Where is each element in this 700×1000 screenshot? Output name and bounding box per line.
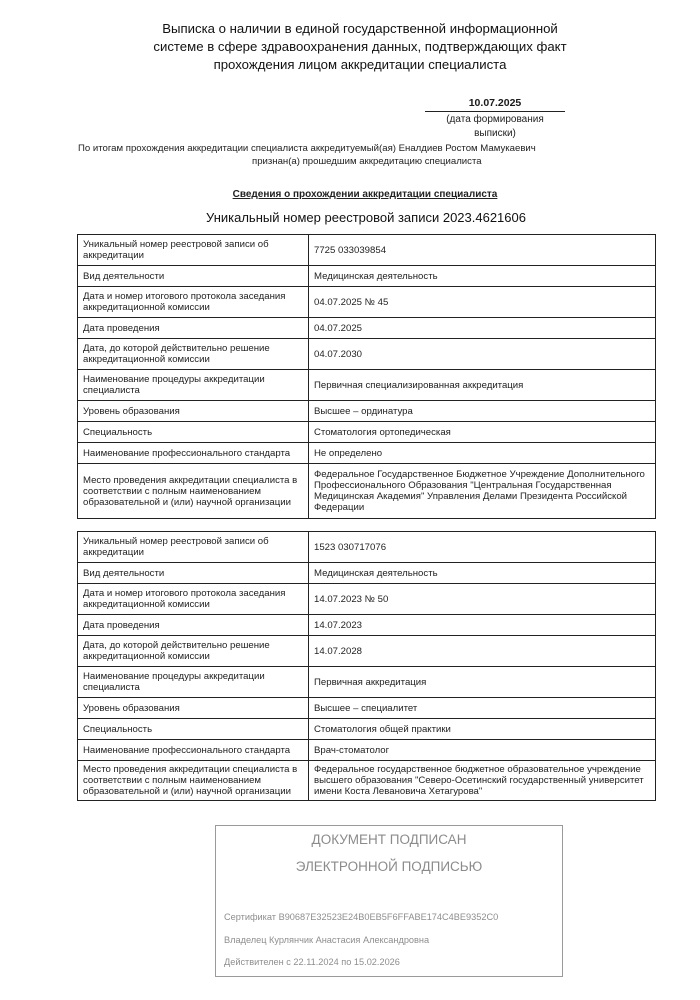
field-label: Дата и номер итогового протокола заседан… [78, 584, 309, 615]
field-value: 14.07.2023 [309, 615, 656, 636]
table-row: Уникальный номер реестровой записи об ак… [78, 532, 656, 563]
table-row: Дата проведения14.07.2023 [78, 615, 656, 636]
field-label: Уровень образования [78, 698, 309, 719]
formation-date: 10.07.2025 [425, 97, 565, 112]
field-value: Федеральное Государственное Бюджетное Уч… [309, 464, 656, 519]
table-row: Вид деятельностиМедицинская деятельность [78, 266, 656, 287]
field-label: Дата и номер итогового протокола заседан… [78, 287, 309, 318]
field-label: Дата проведения [78, 615, 309, 636]
document-title: Выписка о наличии в единой государственн… [150, 20, 570, 74]
field-label: Вид деятельности [78, 563, 309, 584]
field-value: Первичная аккредитация [309, 667, 656, 698]
formation-date-block: 10.07.2025 (дата формирования выписки) [425, 97, 565, 141]
field-label: Наименование профессионального стандарта [78, 740, 309, 761]
table-row: Наименование профессионального стандарта… [78, 740, 656, 761]
table-row: Вид деятельностиМедицинская деятельность [78, 563, 656, 584]
intro-line: По итогам прохождения аккредитации специ… [60, 142, 580, 155]
field-label: Вид деятельности [78, 266, 309, 287]
field-value: 1523 030717076 [309, 532, 656, 563]
table-row: Дата и номер итогового протокола заседан… [78, 584, 656, 615]
field-value: 14.07.2023 № 50 [309, 584, 656, 615]
table-row: Дата и номер итогового протокола заседан… [78, 287, 656, 318]
title-line: Выписка о наличии в единой государственн… [150, 20, 570, 38]
field-value: Стоматология ортопедическая [309, 422, 656, 443]
field-value: Федеральное государственное бюджетное об… [309, 761, 656, 801]
field-value: 7725 033039854 [309, 235, 656, 266]
field-value: Стоматология общей практики [309, 719, 656, 740]
table-row: СпециальностьСтоматология общей практики [78, 719, 656, 740]
field-value: Не определено [309, 443, 656, 464]
section-heading: Сведения о прохождении аккредитации спец… [0, 189, 700, 200]
signature-title: ДОКУМЕНТ ПОДПИСАН [216, 832, 562, 847]
field-value: Медицинская деятельность [309, 563, 656, 584]
field-label: Уникальный номер реестровой записи об ак… [78, 235, 309, 266]
field-value: Врач-стоматолог [309, 740, 656, 761]
field-value: 14.07.2028 [309, 636, 656, 667]
intro-line: признан(а) прошедшим аккредитацию специа… [60, 155, 580, 168]
intro-statement: По итогам прохождения аккредитации специ… [60, 142, 580, 168]
field-label: Специальность [78, 719, 309, 740]
field-value: Медицинская деятельность [309, 266, 656, 287]
signature-validity: Действителен с 22.11.2024 по 15.02.2026 [224, 957, 400, 967]
table-row: Уникальный номер реестровой записи об ак… [78, 235, 656, 266]
field-value: 04.07.2025 № 45 [309, 287, 656, 318]
table-row: Место проведения аккредитации специалист… [78, 761, 656, 801]
table-row: Дата, до которой действительно решение а… [78, 636, 656, 667]
field-label: Наименование профессионального стандарта [78, 443, 309, 464]
field-value: Высшее – специалитет [309, 698, 656, 719]
field-value: Первичная специализированная аккредитаци… [309, 370, 656, 401]
table-row: Уровень образованияВысшее – специалитет [78, 698, 656, 719]
electronic-signature-stamp: ДОКУМЕНТ ПОДПИСАН ЭЛЕКТРОННОЙ ПОДПИСЬЮ С… [215, 825, 563, 977]
accreditation-record-table: Уникальный номер реестровой записи об ак… [77, 234, 656, 519]
signature-owner: Владелец Курлянчик Анастасия Александров… [224, 935, 429, 945]
title-line: прохождения лицом аккредитации специалис… [150, 56, 570, 74]
table-row: Наименование процедуры аккредитации спец… [78, 667, 656, 698]
field-label: Дата, до которой действительно решение а… [78, 339, 309, 370]
field-label: Место проведения аккредитации специалист… [78, 464, 309, 519]
field-label: Уникальный номер реестровой записи об ак… [78, 532, 309, 563]
signature-subtitle: ЭЛЕКТРОННОЙ ПОДПИСЬЮ [216, 859, 562, 874]
field-label: Уровень образования [78, 401, 309, 422]
accreditation-record-table: Уникальный номер реестровой записи об ак… [77, 531, 656, 801]
signature-certificate: Сертификат B90687E32523E24B0EB5F6FFABE17… [224, 912, 498, 922]
field-label: Дата, до которой действительно решение а… [78, 636, 309, 667]
field-value: Высшее – ординатура [309, 401, 656, 422]
table-row: Наименование профессионального стандарта… [78, 443, 656, 464]
table-row: Место проведения аккредитации специалист… [78, 464, 656, 519]
title-line: системе в сфере здравоохранения данных, … [150, 38, 570, 56]
table-row: СпециальностьСтоматология ортопедическая [78, 422, 656, 443]
table-row: Дата, до которой действительно решение а… [78, 339, 656, 370]
table-row: Наименование процедуры аккредитации спец… [78, 370, 656, 401]
field-label: Наименование процедуры аккредитации спец… [78, 667, 309, 698]
field-value: 04.07.2030 [309, 339, 656, 370]
field-value: 04.07.2025 [309, 318, 656, 339]
field-label: Наименование процедуры аккредитации спец… [78, 370, 309, 401]
formation-date-caption: (дата формирования выписки) [425, 113, 565, 141]
table-row: Уровень образованияВысшее – ординатура [78, 401, 656, 422]
field-label: Специальность [78, 422, 309, 443]
table-row: Дата проведения04.07.2025 [78, 318, 656, 339]
registry-number-heading: Уникальный номер реестровой записи 2023.… [0, 210, 700, 225]
field-label: Дата проведения [78, 318, 309, 339]
field-label: Место проведения аккредитации специалист… [78, 761, 309, 801]
